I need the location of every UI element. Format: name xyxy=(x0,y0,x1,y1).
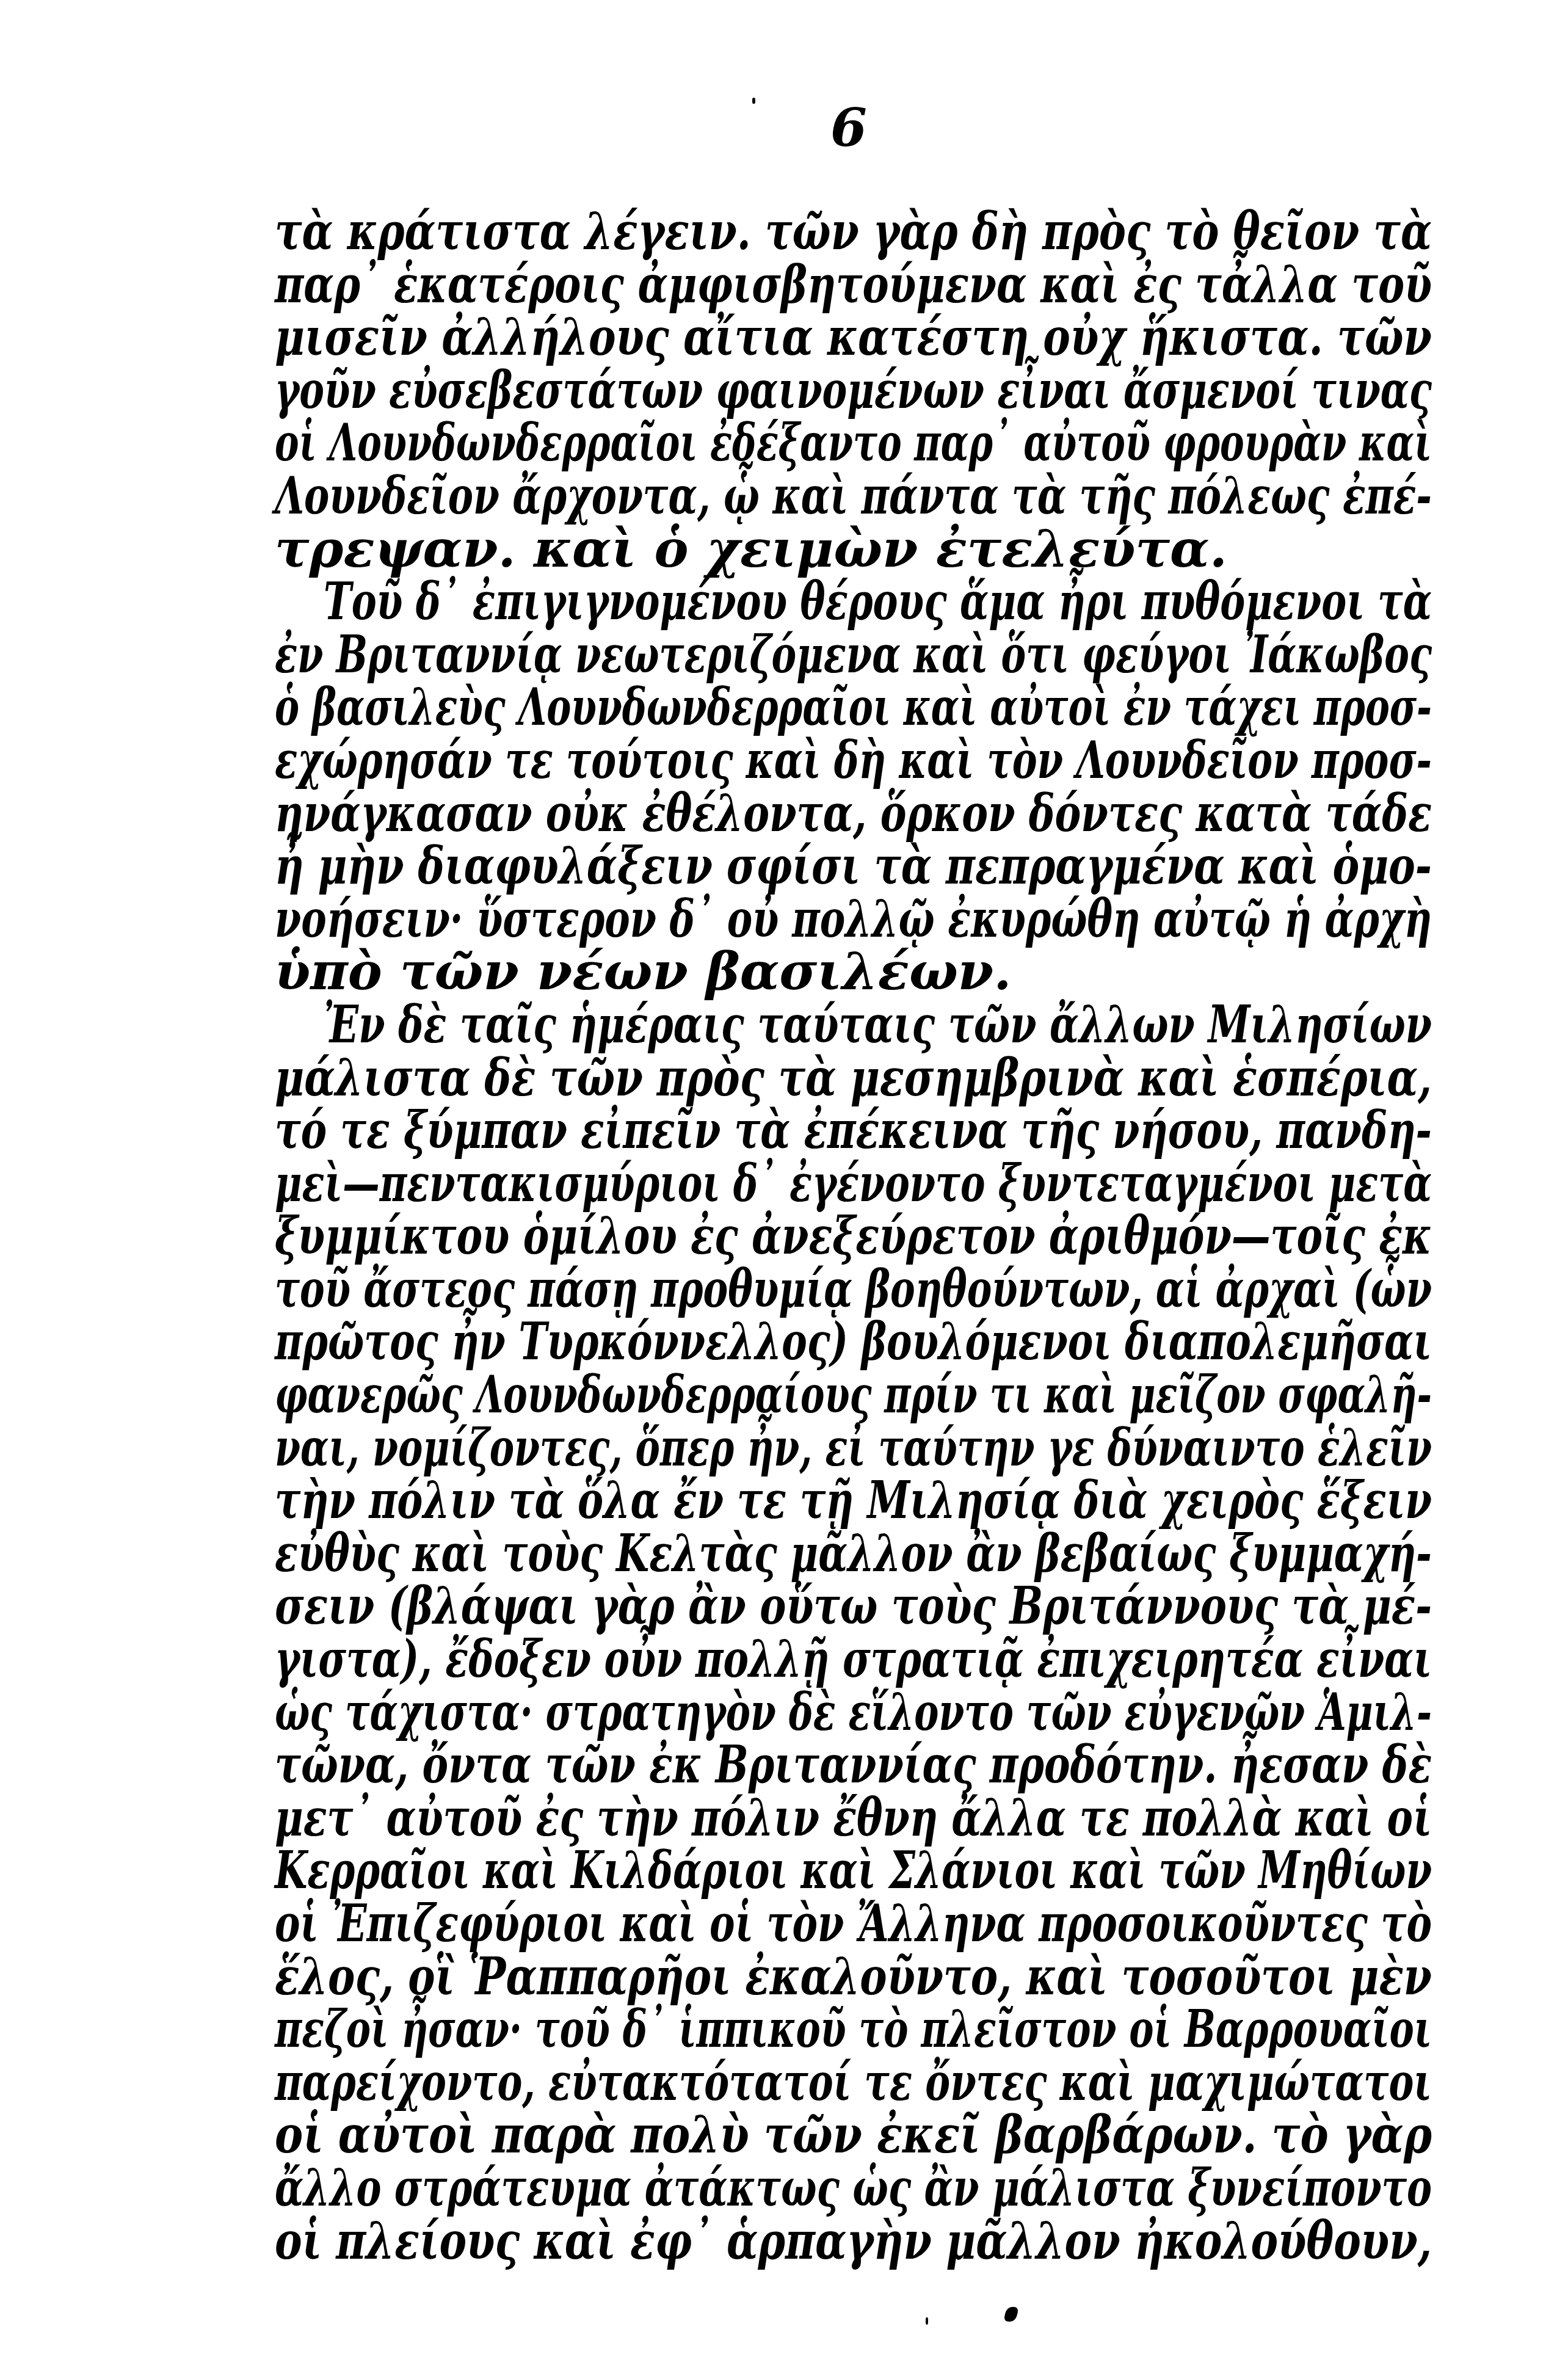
text-line: οἱ Λουνδωνδερραῖοι ἐδέξαντο παρ᾽ αὐτοῦ φ… xyxy=(275,416,1432,470)
text-line: Κερραῖοι καὶ Κιλδάριοι καὶ Σλάνιοι καὶ τ… xyxy=(275,1844,1432,1897)
text-line: ὡς τάχιστα· στρατηγὸν δὲ εἵλοντο τῶν εὐγ… xyxy=(275,1686,1432,1739)
text-line-paragraph-end: τρεψαν. καὶ ὁ χειμὼν ἐτελεύτα. xyxy=(275,523,1432,576)
text-line: ἐν Βριταννίᾳ νεωτεριζόμενα καὶ ὅτι φεύγο… xyxy=(275,628,1432,681)
text-line: νοήσειν· ὕστερον δ᾽ οὐ πολλῷ ἐκυρώθη αὐτ… xyxy=(275,893,1432,946)
text-line: εχώρησάν τε τούτοις καὶ δὴ καὶ τὸν Λουνδ… xyxy=(275,734,1432,787)
text-line: μάλιστα δὲ τῶν πρὸς τὰ μεσημβρινὰ καὶ ἑσ… xyxy=(275,1051,1432,1105)
text-line: σειν (βλάψαι γὰρ ἂν οὕτω τοὺς Βριτάννους… xyxy=(275,1580,1432,1633)
text-line: φανερῶς Λουνδωνδερραίους πρίν τι καὶ μεῖ… xyxy=(275,1368,1432,1422)
text-line: τὰ κράτιστα λέγειν. τῶν γὰρ δὴ πρὸς τὸ θ… xyxy=(275,205,1432,258)
text-line: γοῦν εὐσεβεστάτων φαινομένων εἶναι ἄσμεν… xyxy=(275,364,1432,417)
text-line: παρ᾽ ἑκατέροις ἀμφισβητούμενα καὶ ἐς τἆλ… xyxy=(275,258,1432,311)
text-line: εὐθὺς καὶ τοὺς Κελτὰς μᾶλλον ἂν βεβαίως … xyxy=(275,1527,1432,1580)
text-line: ὁ βασιλεὺς Λουνδωνδερραῖοι καὶ αὐτοὶ ἐν … xyxy=(275,681,1432,734)
text-line-paragraph-end: ὑπὸ τῶν νέων βασιλέων. xyxy=(275,945,1432,998)
page-number: 6 xyxy=(818,98,879,159)
book-page: 6 τὰ κράτιστα λέγειν. τῶν γὰρ δὴ πρὸς τὸ… xyxy=(0,0,1568,2368)
text-line: παρείχοντο, εὐτακτότατοί τε ὄντες καὶ μα… xyxy=(275,2056,1432,2109)
text-line: τὴν πόλιν τὰ ὅλα ἔν τε τῇ Μιλησίᾳ διὰ χε… xyxy=(275,1474,1432,1527)
text-line: οἱ αὐτοὶ παρὰ πολὺ τῶν ἐκεῖ βαρβάρων. τὸ… xyxy=(275,2108,1432,2162)
text-line: γιστα), ἔδοξεν οὖν πολλῇ στρατιᾷ ἐπιχειρ… xyxy=(275,1633,1432,1686)
text-line: τό τε ξύμπαν εἰπεῖν τὰ ἐπέκεινα τῆς νήσο… xyxy=(275,1104,1432,1157)
text-line: ναι, νομίζοντες, ὅπερ ἦν, εἰ ταύτην γε δ… xyxy=(275,1422,1432,1475)
text-line: ἄλλο στράτευμα ἀτάκτως ὡς ἂν μάλιστα ξυν… xyxy=(275,2162,1432,2215)
scan-speck xyxy=(752,98,755,104)
text-line: τῶνα, ὄντα τῶν ἐκ Βριταννίας προδότην. ἦ… xyxy=(275,1738,1432,1792)
text-line: μεὶ—πεντακισμύριοι δ᾽ ἐγένοντο ξυντεταγμ… xyxy=(275,1157,1432,1210)
text-line: τοῦ ἄστεος πάσῃ προθυμίᾳ βοηθούντων, αἱ … xyxy=(275,1263,1432,1316)
text-line: μισεῖν ἀλλήλους αἴτια κατέστη οὐχ ἥκιστα… xyxy=(275,311,1432,364)
text-line: πρῶτος ἦν Τυρκόννελλος) βουλόμενοι διαπο… xyxy=(275,1315,1432,1368)
printer-mark-dot xyxy=(1003,2307,1019,2322)
text-line: ἦ μὴν διαφυλάξειν σφίσι τὰ πεπραγμένα κα… xyxy=(275,840,1432,893)
text-line: μετ᾽ αὐτοῦ ἐς τὴν πόλιν ἔθνη ἄλλα τε πολ… xyxy=(275,1792,1432,1845)
text-line-paragraph-start: Τοῦ δ᾽ ἐπιγιγνομένου θέρους ἅμα ἦρι πυθό… xyxy=(275,575,1432,628)
text-line-paragraph-start: Ἐν δὲ ταῖς ἡμέραις ταύταις τῶν ἄλλων Μιλ… xyxy=(275,998,1432,1051)
scan-speck xyxy=(926,2317,928,2325)
text-line: ηνάγκασαν οὐκ ἐθέλοντα, ὅρκον δόντες κατ… xyxy=(275,787,1432,840)
text-line: πεζοὶ ἦσαν· τοῦ δ᾽ ἱππικοῦ τὸ πλεῖστον ο… xyxy=(275,2003,1432,2056)
text-line: ξυμμίκτου ὁμίλου ἐς ἀνεξεύρετον ἀριθμόν—… xyxy=(275,1210,1432,1263)
text-line: οἱ πλείους καὶ ἐφ᾽ ἁρπαγὴν μᾶλλον ἠκολού… xyxy=(275,2215,1432,2268)
body-text: τὰ κράτιστα λέγειν. τῶν γὰρ δὴ πρὸς τὸ θ… xyxy=(275,205,1432,2267)
text-line: οἱ Ἐπιζεφύριοι καὶ οἱ τὸν Ἄλληνα προσοικ… xyxy=(275,1897,1432,1950)
text-line: ἕλος, οἳ Ῥαππαρῆοι ἐκαλοῦντο, καὶ τοσοῦτ… xyxy=(275,1950,1432,2003)
text-line: Λουνδεῖον ἄρχοντα, ᾧ καὶ πάντα τὰ τῆς πό… xyxy=(275,470,1432,523)
